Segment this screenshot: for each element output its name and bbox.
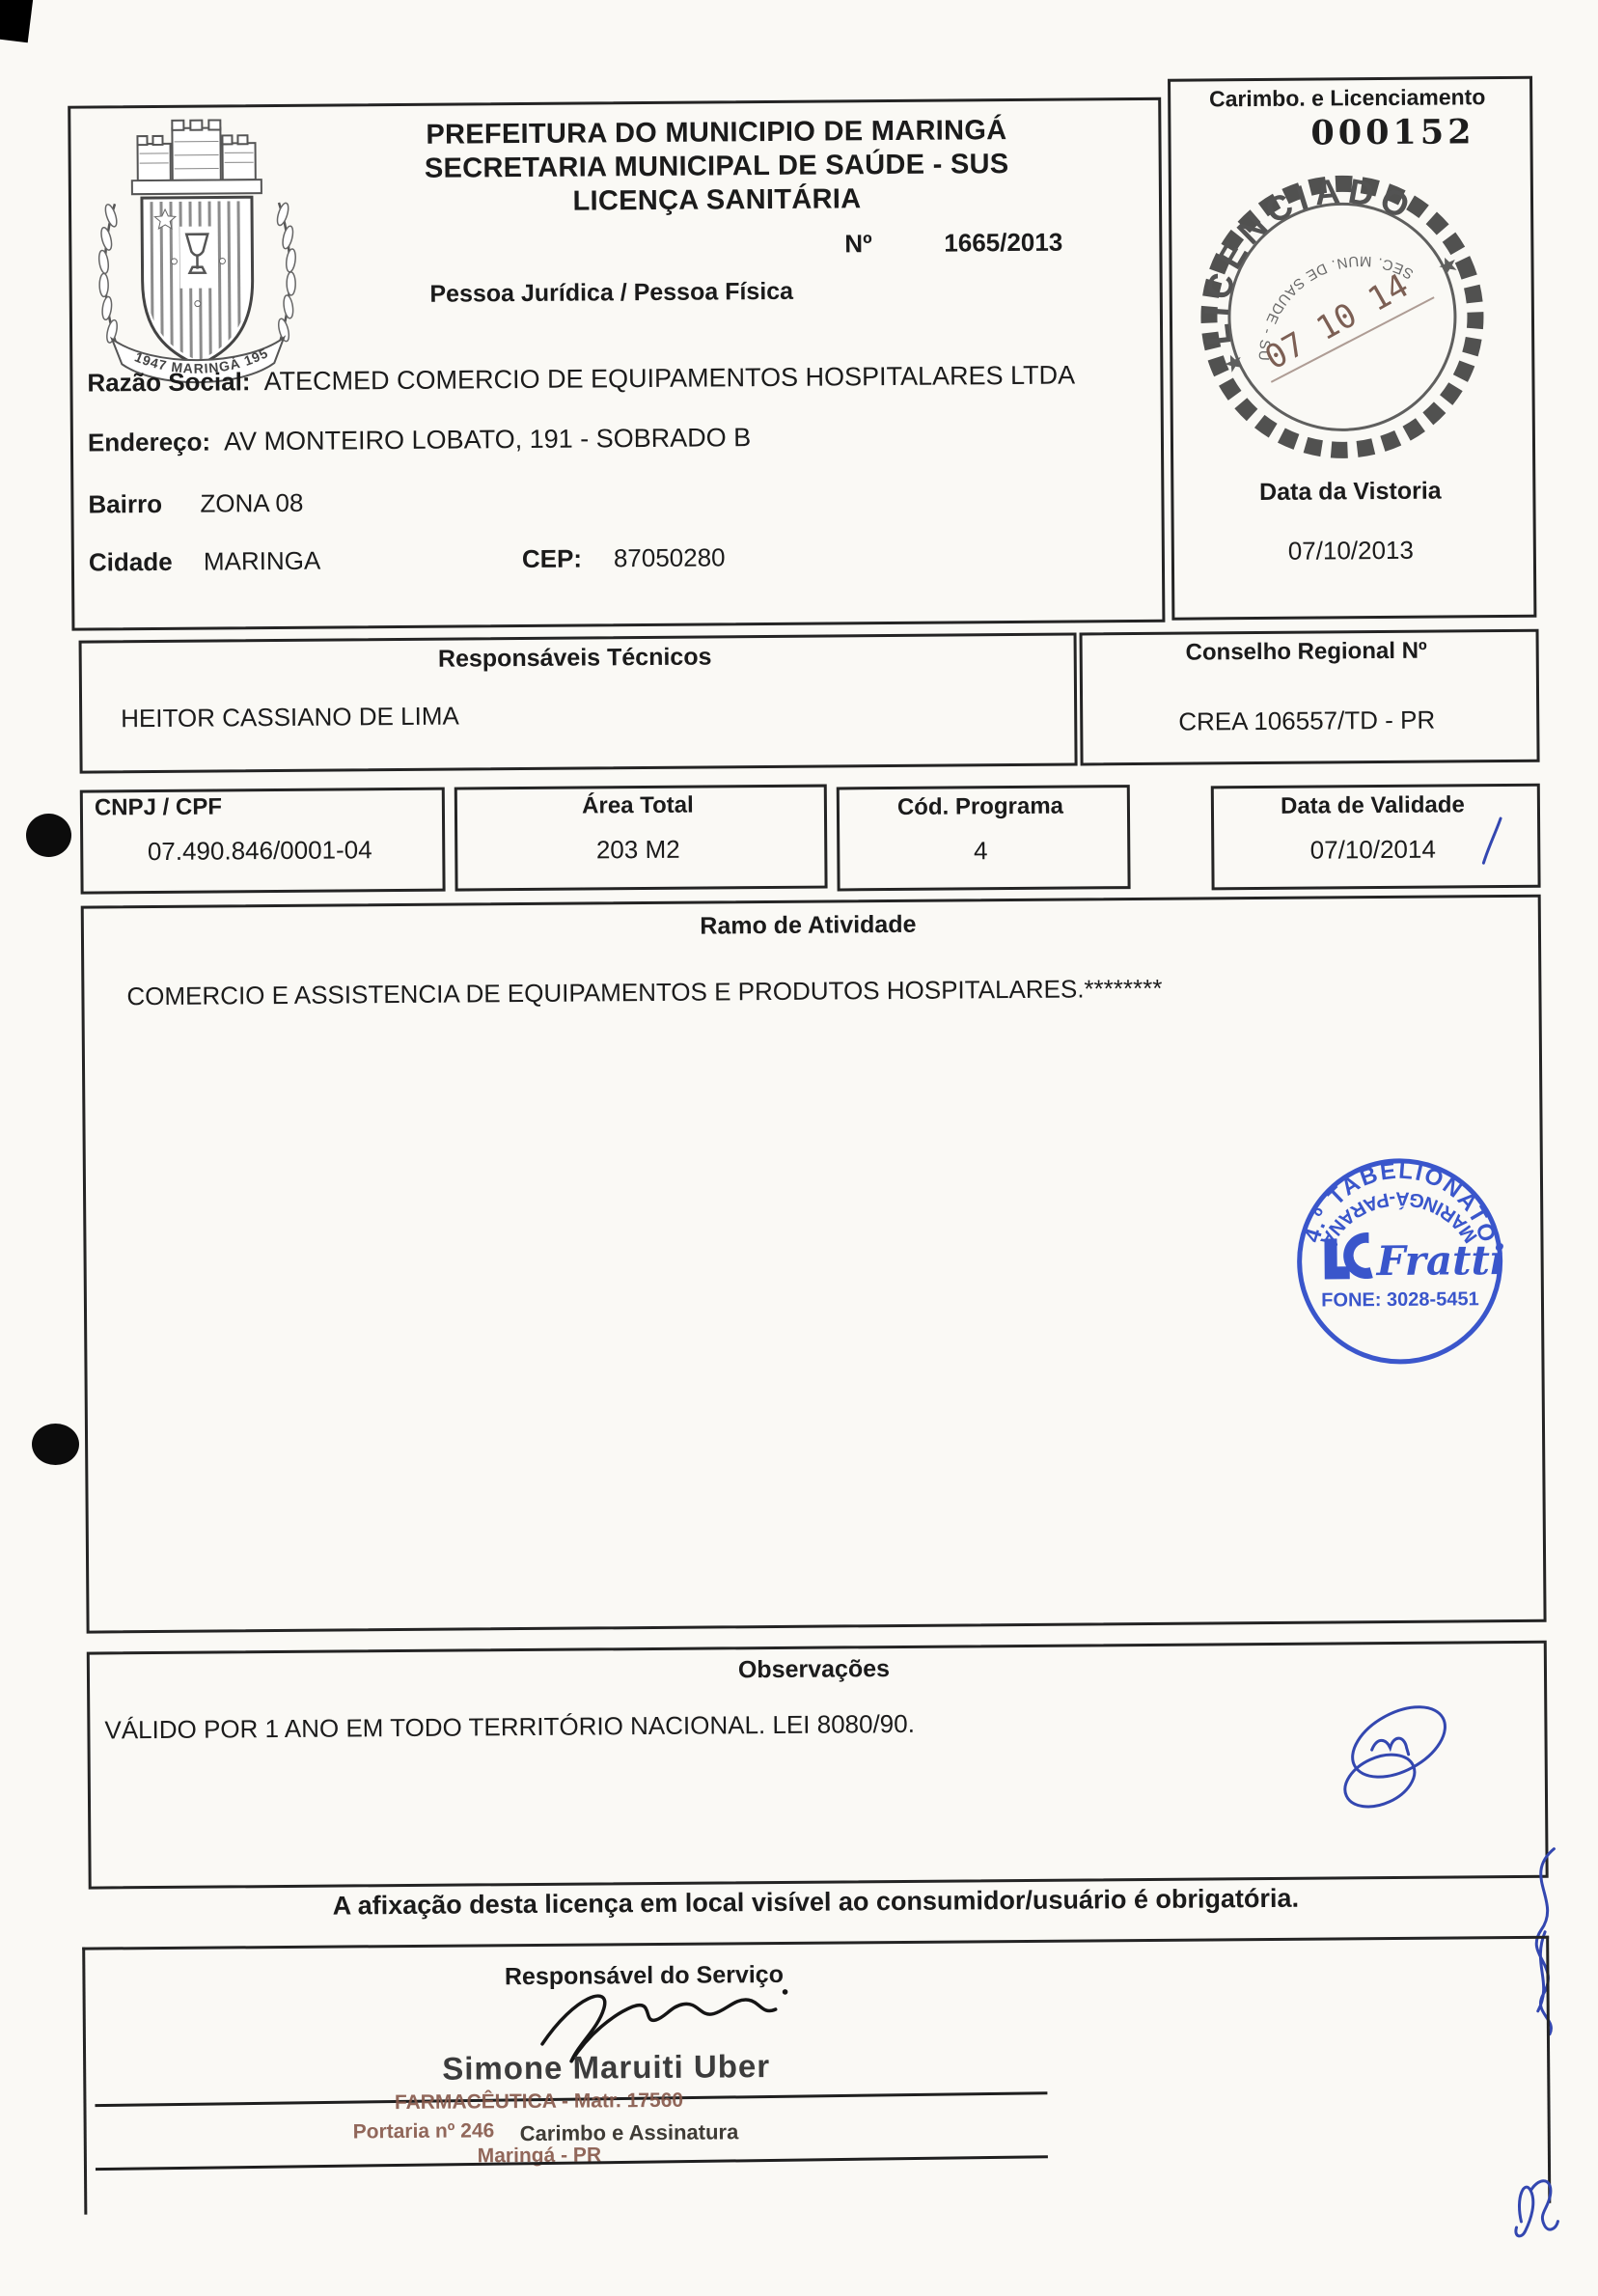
crown-tower	[138, 144, 171, 180]
responsavel-cargo-stamp: FARMACÊUTICA - Matr. 17560	[317, 2089, 760, 2116]
endereco-value: AV MONTEIRO LOBATO, 191 - SOBRADO B	[224, 423, 751, 456]
punch-hole-top	[26, 814, 71, 857]
title-line-2: SECRETARIA MUNICIPAL DE SAÚDE - SUS	[326, 147, 1108, 186]
carimbo-title: Carimbo. e Licenciamento	[1171, 84, 1523, 113]
stamp-star-right-icon	[1437, 254, 1459, 276]
tecnico-nome: HEITOR CASSIANO DE LIMA	[121, 702, 459, 734]
cep-label: CEP:	[522, 544, 582, 574]
scanned-license-page: 1947 MARINGÁ 1952 PREFEITURA DO MUNICIPI…	[0, 0, 1598, 2296]
area-label: Área Total	[455, 791, 821, 821]
endereco-label: Endereço:	[88, 428, 210, 457]
cidade-label: Cidade	[89, 547, 173, 578]
vistoria-date: 07/10/2013	[1181, 535, 1521, 567]
persona-subtitle: Pessoa Jurídica / Pessoa Física	[313, 277, 911, 310]
notary-phone: FONE: 3028-5451	[1321, 1288, 1479, 1311]
title-line-3: LICENÇA SANITÁRIA	[326, 180, 1108, 220]
crown-tower	[223, 143, 256, 180]
wheat-branch	[97, 203, 120, 354]
cnpj-label: CNPJ / CPF	[95, 793, 222, 821]
pen-mark-validade	[1476, 815, 1505, 867]
bairro-label: Bairro	[88, 489, 162, 520]
carimbo-serial-number: 000152	[1266, 112, 1519, 153]
razao-social-label: Razão Social:	[87, 367, 250, 397]
cod-programa-value: 4	[837, 835, 1124, 867]
responsavel-nome-stamp: Simone Maruiti Uber	[317, 2047, 895, 2089]
tabelionato-stamp: 4.º TABELIONATO MARINGÁ-PARANÁ Fratti FO…	[1291, 1152, 1509, 1370]
pen-scribble	[1329, 1695, 1455, 1826]
cod-programa-label: Cód. Programa	[837, 792, 1124, 821]
stamp-date: 07 10 14	[1258, 266, 1415, 377]
notary-name: Fratti	[1375, 1236, 1505, 1285]
cep-value: 87050280	[614, 542, 726, 573]
punch-hole-bottom	[32, 1424, 79, 1465]
endereco-row: Endereço:AV MONTEIRO LOBATO, 191 - SOBRA…	[88, 423, 752, 457]
responsavel-portaria-stamp: Portaria nº 246	[353, 2119, 495, 2144]
licenciado-stamp: LICENCIADO SEC. MUN. DE SAUDE - SUS 07 1…	[1192, 166, 1493, 467]
document-sheet: 1947 MARINGÁ 1952 PREFEITURA DO MUNICIPI…	[0, 0, 1598, 2296]
conselho-label: Conselho Regional Nº	[1080, 637, 1533, 668]
conselho-value: CREA 106557/TD - PR	[1080, 705, 1533, 738]
aviso-afixacao: A afixação desta licença em local visíve…	[89, 1882, 1543, 1923]
pen-initials	[1509, 2173, 1568, 2243]
razao-social-value: ATECMED COMERCIO DE EQUIPAMENTOS HOSPITA…	[263, 361, 1075, 397]
cidade-value: MARINGA	[204, 546, 321, 577]
cnpj-value: 07.490.846/0001-04	[80, 835, 439, 868]
area-value: 203 M2	[455, 834, 821, 867]
document-title: PREFEITURA DO MUNICIPIO DE MARINGÁ SECRE…	[325, 113, 1108, 220]
license-number-value: 1665/2013	[944, 228, 1062, 259]
license-number-label: Nº	[844, 229, 872, 259]
coat-of-arms-icon: 1947 MARINGÁ 1952	[81, 114, 313, 390]
bairro-value: ZONA 08	[200, 488, 303, 519]
crown-tower	[172, 127, 220, 180]
crown-base	[132, 180, 262, 194]
vistoria-label: Data da Vistoria	[1180, 477, 1520, 508]
